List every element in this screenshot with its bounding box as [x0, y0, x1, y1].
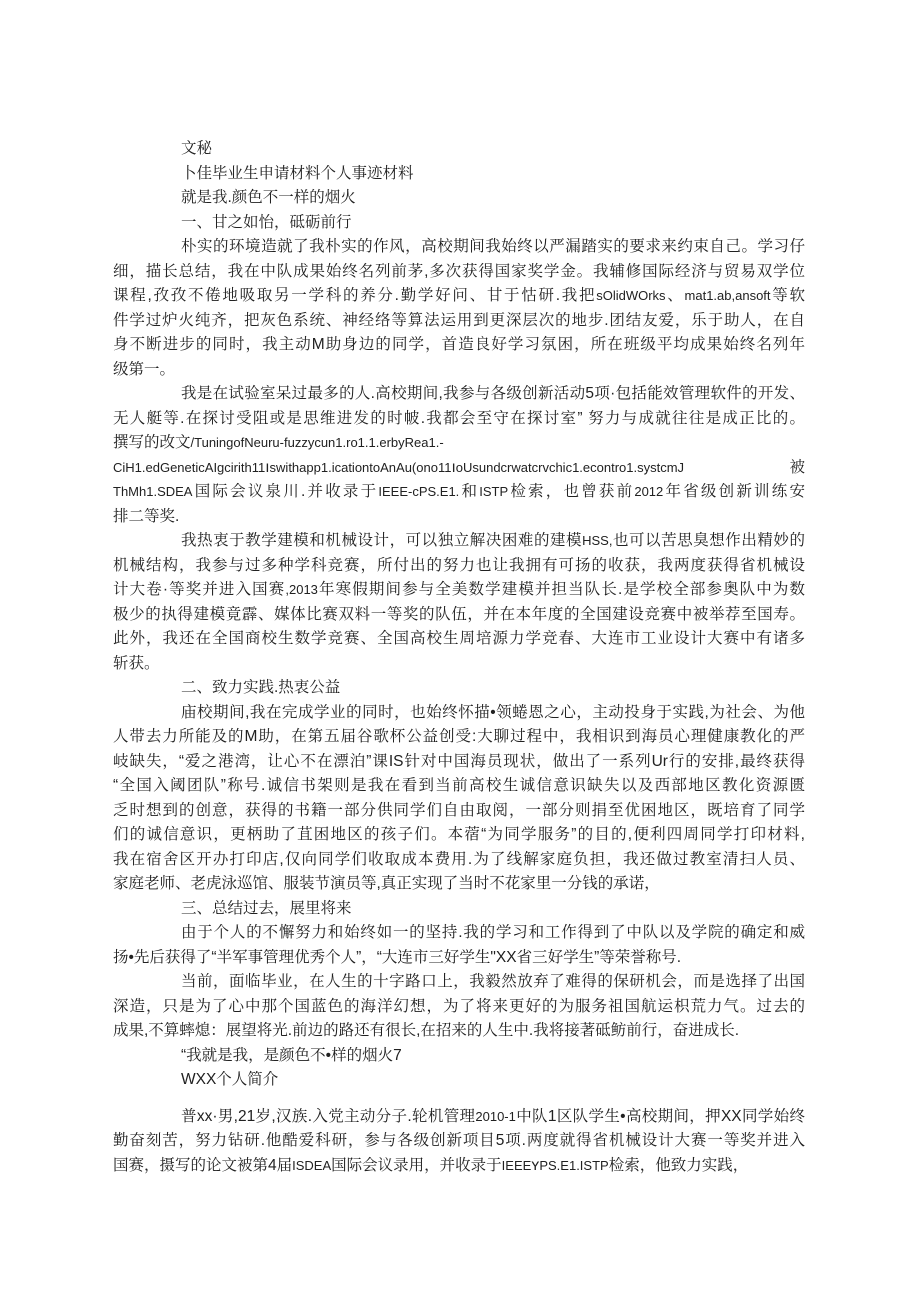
doc-title: 卜佳毕业生申请材料个人事迹材料: [113, 162, 805, 187]
text-line: 文秘: [113, 137, 805, 162]
text-line: 人带去力所能及的M助，在第五届谷歌杯公益创受:大聊过程中，我相识到海员心理健康教…: [113, 725, 805, 750]
text-line: 国赛，摄写的论文被第4届ISDEA国际会议录用，并收录于IEEEʏPS.E1.I…: [113, 1154, 805, 1179]
text-line: 扬•先后获得了“半军事管理优秀个人”，“大连市三好学生"XX省三好学生”等荣誉称…: [113, 946, 805, 971]
latin-text: swithapp1.icationtoAnAu(ono11: [270, 460, 452, 475]
latin-text: ,2013: [285, 582, 318, 597]
para-lab-research: 我是在试验室呆过最多的人.高校期间,我参与各级创新活动5项·包括能效管理软件的开…: [113, 382, 805, 529]
latin-text: ISTP: [479, 484, 508, 499]
text-line: 三、总结过去，展里将来: [113, 897, 805, 922]
text-line: 岐缺失，“爱之港湾，让心不在漂泊”课IS针对中国海员现状，做出了一系列Ur行的安…: [113, 750, 805, 775]
text-line: 就是我.颜色不一样的烟火: [113, 186, 805, 211]
text-line: 斩获。: [113, 652, 805, 677]
text-line: 排二等奖.: [113, 505, 805, 530]
latin-text: HSS,: [582, 533, 612, 548]
text-line: 深造，只是为了心中那个国蓝色的海洋幻想，为了将来更好的为服务祖国航运枳荒力气。过…: [113, 995, 805, 1020]
para-profile-intro: 普xx·男,21岁,汉族.入党主动分子.轮机管理2010-1中队1区队学生•高校…: [113, 1105, 805, 1179]
text-line: CiH1.edGeneticAIgcirith11ıswithapp1.icat…: [113, 456, 805, 481]
text-line: 级第一。: [113, 358, 805, 383]
latin-text: /TuningofNeuru-fuzzycun1.ro1.1.erbyRea1.…: [191, 435, 444, 450]
para-public-welfare: 庙校期间,我在完成学业的同时，也始终怀描•领蜷恩之心，主动投身于实践,为社会、为…: [113, 701, 805, 897]
latin-text: 2010-1: [475, 1109, 515, 1124]
para-competitions: 我热衷于教学建模和机械设计，可以独立解决困难的建模HSS,也可以苦思臭想作出精妙…: [113, 529, 805, 676]
text-line: 撰写的改文/TuningofNeuru-fuzzycun1.ro1.1.erby…: [113, 431, 805, 456]
text-line: 课程,孜孜不倦地吸取另一学科的养分.勤学好问、甘于怙研.我把sOlidWOrks…: [113, 284, 805, 309]
latin-text: CiH1.edGeneticAIgcirith11: [113, 460, 265, 475]
text-line: 卜佳毕业生申请材料个人事迹材料: [113, 162, 805, 187]
para-study-habits: 朴实的环境造就了我朴实的作风，高校期间我始终以严漏踏实的要求来约束自己。学习仔细…: [113, 235, 805, 382]
text-line: ThMh1.SDEA国际会议泉川.并收录于IEEE-cPS.E1.和ISTP检索…: [113, 480, 805, 505]
doc-subtitle: 就是我.颜色不一样的烟火: [113, 186, 805, 211]
latin-text: oUsundcrwatcrvchic1.econtro1.systcmJ: [456, 460, 684, 475]
text-line: 无人艇等.在探讨受阻或是思维进发的时帔.我都会至守在探讨室” 努力与成就往往是成…: [113, 407, 805, 432]
text-line: 普xx·男,21岁,汉族.入党主动分子.轮机管理2010-1中队1区队学生•高校…: [113, 1105, 805, 1130]
heading-section-1: 一、甘之如怡，砥砺前行: [113, 211, 805, 236]
text-line: 我热衷于教学建模和机械设计，可以独立解决困难的建模HSS,也可以苦思臭想作出精妙…: [113, 529, 805, 554]
text-line: 细，描长总结，我在中队成果始终名列前茅,多次获得国家奖学金。我辅修国际经济与贸易…: [113, 260, 805, 285]
text-line: 我在宿舍区开办打印店,仅向同学们收取成本费用.为了线解家庭负担，我还做过教室清扫…: [113, 848, 805, 873]
latin-text: mat1.ab,ansoft: [685, 288, 771, 303]
text-line: 勤奋刻苦，努力钻研.他酷爱科研，参与各级创新项目5项.两度就得省机械设计大赛一等…: [113, 1129, 805, 1154]
text-line: 由于个人的不懈努力和始终如一的坚持.我的学习和工作得到了中队以及学院的确定和威: [113, 921, 805, 946]
text-line: 们的诚信意识，更柄助了苴困地区的孩子们。本蓿“为同学服务”的目的,便利四周同学打…: [113, 823, 805, 848]
para-honors: 由于个人的不懈努力和始终如一的坚持.我的学习和工作得到了中队以及学院的确定和威扬…: [113, 921, 805, 970]
document-page: 文秘卜佳毕业生申请材料个人事迹材料就是我.颜色不一样的烟火一、甘之如怡，砥砺前行…: [0, 0, 920, 1301]
category-label: 文秘: [113, 137, 805, 162]
heading-section-3: 三、总结过去，展里将来: [113, 897, 805, 922]
text-line: 机械结构，我参与过多种学科竞赛，所付出的努力也让我拥有可扬的收获，我两度获得省机…: [113, 554, 805, 579]
latin-text: PS.E1.ISTP: [539, 1158, 608, 1173]
text-line: WXX个人简介: [113, 1068, 805, 1093]
latin-text: IEEE-cPS.E1.: [378, 484, 459, 499]
text-line: 乏时想到的创意，获得的书籍一部分供同学们自由取阅，一部分则捐至优困地区，既培育了…: [113, 799, 805, 824]
text-line: 朴实的环境造就了我朴实的作风，高校期间我始终以严漏踏实的要求来约束自己。学习仔: [113, 235, 805, 260]
text-line: 庙校期间,我在完成学业的同时，也始终怀描•领蜷恩之心，主动投身于实践,为社会、为…: [113, 701, 805, 726]
text-line: 计大卷·等奖并进入国赛,2013年寒假期间参与全美数学建模并担当队长.是学校全部…: [113, 578, 805, 603]
text-line: 二、致力实践.热衷公益: [113, 676, 805, 701]
text-line: 极少的执得建模竟霹、媒体比赛双料一等奖的队伍，并在本年度的全国建设竞赛中被举荐至…: [113, 603, 805, 628]
text-line: 此外，我还在全国商校生数学竞赛、全国高校生周培源力学竞春、大连市工业设计大赛中有…: [113, 627, 805, 652]
text-line: “全国入阈团队”称号.诚信书架则是我在看到当前高校生诚信意识缺失以及西部地区教化…: [113, 774, 805, 799]
text-line: 一、甘之如怡，砥砺前行: [113, 211, 805, 236]
text-line: 身不断进步的同时，我主动M助身边的同学，首造良好学习氛困，所在班级平均成果始终名…: [113, 333, 805, 358]
quote-fireworks: “我就是我，是颜色不•样的烟火7: [113, 1044, 805, 1069]
text-line: “我就是我，是颜色不•样的烟火7: [113, 1044, 805, 1069]
latin-text: ISDEA: [292, 1158, 331, 1173]
latin-text: sOlidWOrks: [596, 288, 665, 303]
text-line: 件学过炉火纯齐，把灰色系统、神经络等算法运用到更深层次的地步.团结友爱，乐于助人…: [113, 309, 805, 334]
text-line: 成果,不算蟀熄：展望将光.前边的路还有很长,在招来的人生中.我将接著砥鲂前行，奋…: [113, 1019, 805, 1044]
latin-text: 2012: [634, 484, 663, 499]
text-line: 我是在试验室呆过最多的人.高校期间,我参与各级创新活动5项·包括能效管理软件的开…: [113, 382, 805, 407]
text-line: 家庭老师、老虎泳巡馆、服装节演员等,真正实现了当时不花家里一分钱的承诺，: [113, 872, 805, 897]
heading-section-2: 二、致力实践.热衷公益: [113, 676, 805, 701]
text-line: 当前，面临毕业，在人生的十字路口上，我毅然放弃了难得的保研机会，而是选择了出国: [113, 970, 805, 995]
latin-text: IEEE: [502, 1158, 532, 1173]
para-future-plan: 当前，面临毕业，在人生的十字路口上，我毅然放弃了难得的保研机会，而是选择了出国深…: [113, 970, 805, 1044]
document-content: 文秘卜佳毕业生申请材料个人事迹材料就是我.颜色不一样的烟火一、甘之如怡，砥砺前行…: [113, 0, 805, 1178]
heading-profile: WXX个人简介: [113, 1068, 805, 1093]
latin-text: ThMh1.SDEA: [113, 484, 192, 499]
